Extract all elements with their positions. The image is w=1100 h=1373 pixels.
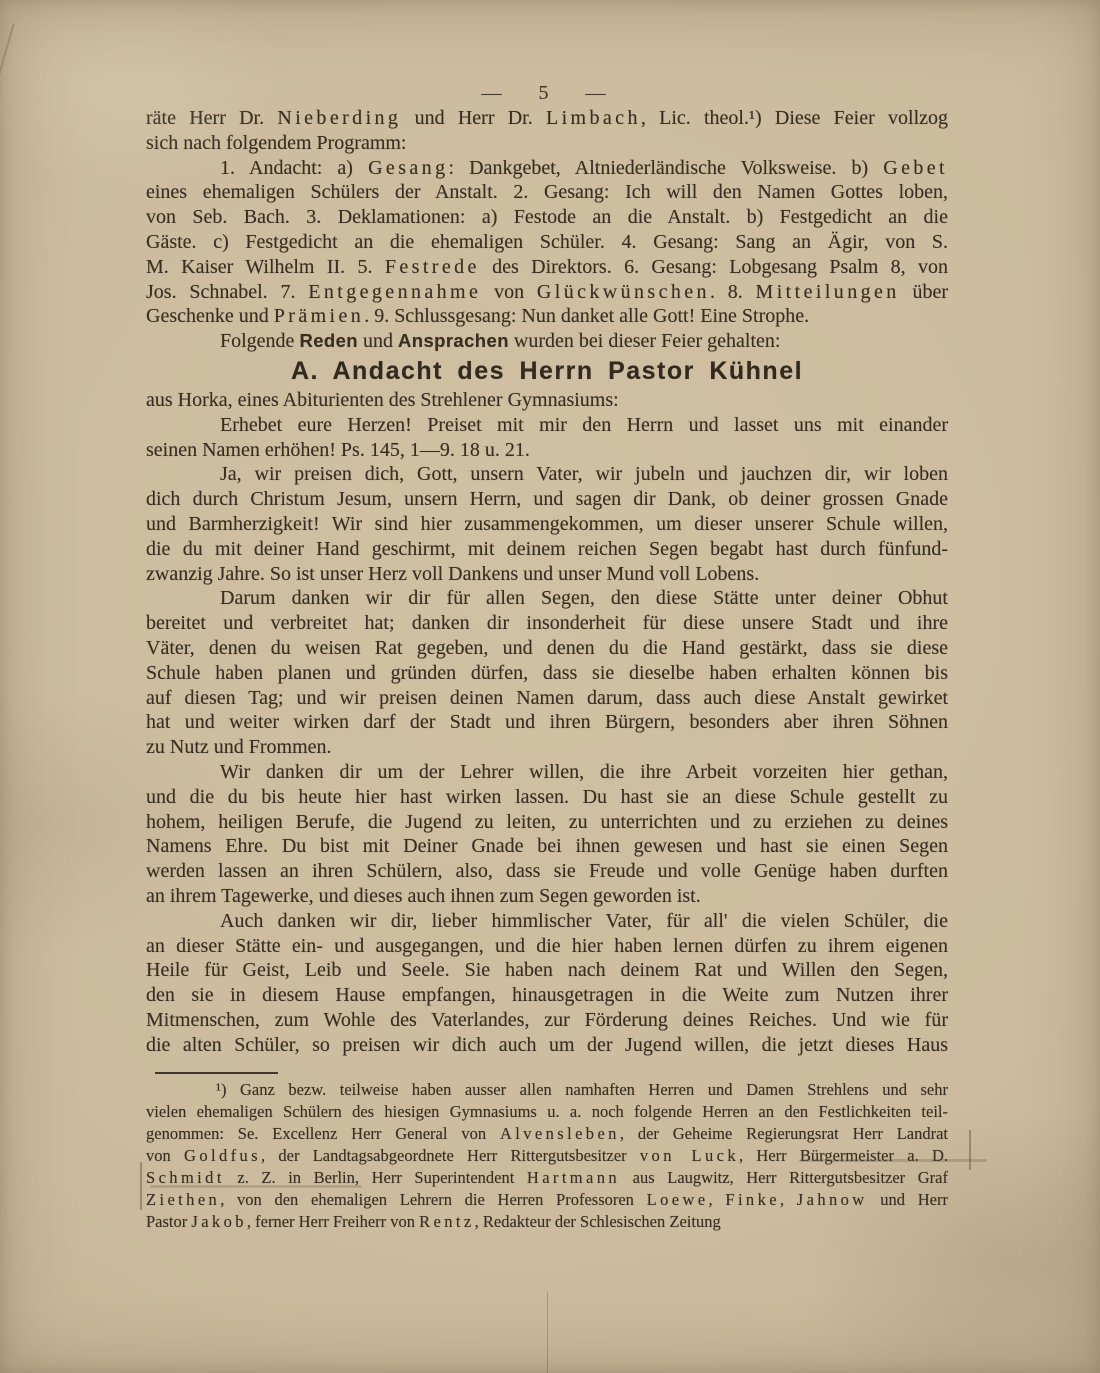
text-line: und die du bis heute hier hast wirken la… [146,785,948,810]
text-line: genommen: Se. Excellenz Herr General von… [146,1123,948,1145]
paragraph-speaker-origin: aus Horka, eines Abiturienten des Strehl… [146,388,948,413]
text-line: werden lassen an ihren Schülern, also, d… [146,859,948,884]
text-line: Jos. Schnabel. 7. Entgegennahme von Glüc… [146,280,948,305]
main-text: räte Herr Dr. Nieberding und Herr Dr. Li… [146,106,948,1057]
paragraph-schueler: Auch danken wir dir, lieber himmlischer … [146,909,948,1058]
text-line: räte Herr Dr. Nieberding und Herr Dr. Li… [146,106,948,131]
text-line: Wir danken dir um der Lehrer willen, die… [146,760,948,785]
text-line: Pastor Jakob, ferner Herr Freiherr von R… [146,1211,948,1233]
text-line: den sie in diesem Hause empfangen, hinau… [146,983,948,1008]
section-heading-andacht: A. Andacht des Herrn Pastor Kühnel [146,354,948,388]
pencil-margin-mark-right [969,1130,971,1170]
text-line: und Barmherzigkeit! Wir sind hier zusamm… [146,512,948,537]
text-line: aus Horka, eines Abiturienten des Strehl… [146,388,948,413]
text-line: Folgende Reden und Ansprachen wurden bei… [146,329,948,354]
paper-crease-bottom [547,1292,548,1373]
page-number: — 5 — [0,82,1090,105]
text-line: hohem, heiligen Berufe, die Jugend zu le… [146,810,948,835]
paragraph-lehrer: Wir danken dir um der Lehrer willen, die… [146,760,948,909]
text-line: Väter, denen du weisen Rat gegeben, und … [146,636,948,661]
text-line: seinen Namen erhöhen! Ps. 145, 1—9. 18 u… [146,438,948,463]
footnote-separator-rule [155,1072,278,1074]
text-line: zwanzig Jahre. So ist unser Herz voll Da… [146,562,948,587]
text-line: M. Kaiser Wilhelm II. 5. Festrede des Di… [146,255,948,280]
text-line: sich nach folgendem Programm: [146,131,948,156]
text-line: hat und weiter wirken darf der Stadt und… [146,710,948,735]
text-line: zu Nutz und Frommen. [146,735,948,760]
footnote: ¹) Ganz bezw. teilweise haben ausser all… [146,1079,948,1233]
text-line: Namens Ehre. Du bist mit Deiner Gnade be… [146,834,948,859]
text-line: dich durch Christum Jesum, unsern Herrn,… [146,487,948,512]
scanned-page: — 5 — räte Herr Dr. Nieberding und Herr … [0,0,1100,1373]
text-line: an dieser Stätte ein- und ausgegangen, u… [146,934,948,959]
paragraph-reden-intro: Folgende Reden und Ansprachen wurden bei… [146,329,948,354]
text-line: Auch danken wir dir, lieber himmlischer … [146,909,948,934]
text-line: die alten Schüler, so preisen wir dich a… [146,1033,948,1058]
paragraph-psalm: Erhebet eure Herzen! Preiset mit mir den… [146,413,948,463]
text-line: von Seb. Bach. 3. Deklamationen: a) Fest… [146,205,948,230]
text-line: Erhebet eure Herzen! Preiset mit mir den… [146,413,948,438]
text-line: Ja, wir preisen dich, Gott, unsern Vater… [146,462,948,487]
text-line: 1. Andacht: a) Gesang: Dankgebet, Altnie… [146,156,948,181]
text-line: auf diesen Tag; und wir preisen deinen N… [146,686,948,711]
text-line: Schmidt z. Z. in Berlin, Herr Superinten… [146,1167,948,1189]
text-line: Mitmenschen, zum Wohle des Vaterlandes, … [146,1008,948,1033]
pencil-margin-mark-left [140,1162,142,1210]
text-line: Ziethen, von den ehemaligen Lehrern die … [146,1189,948,1211]
text-line: Gäste. c) Festgedicht an die ehemaligen … [146,230,948,255]
text-line: vielen ehemaligen Schülern des hiesigen … [146,1101,948,1123]
text-line: die du mit deiner Hand geschirmt, mit de… [146,537,948,562]
text-line: Darum danken wir dir für allen Segen, de… [146,586,948,611]
text-line: bereitet und verbreitet hat; danken dir … [146,611,948,636]
paragraph-continuation: räte Herr Dr. Nieberding und Herr Dr. Li… [146,106,948,156]
paragraph-darum-danken: Darum danken wir dir für allen Segen, de… [146,586,948,760]
paragraph-program: 1. Andacht: a) Gesang: Dankgebet, Altnie… [146,156,948,330]
text-line: eines ehemaligen Schülers der Anstalt. 2… [146,180,948,205]
text-line: Heile für Geist, Leib und Seele. Sie hab… [146,958,948,983]
text-line: an ihrem Tagewerke, und dieses auch ihne… [146,884,948,909]
text-line: ¹) Ganz bezw. teilweise haben ausser all… [146,1079,948,1101]
paragraph-preisen: Ja, wir preisen dich, Gott, unsern Vater… [146,462,948,586]
text-line: Schule haben planen und gründen dürfen, … [146,661,948,686]
text-line: Geschenke und Prämien. 9. Schlussgesang:… [146,304,948,329]
text-line: von Goldfus, der Landtagsabgeordnete Her… [146,1145,948,1167]
